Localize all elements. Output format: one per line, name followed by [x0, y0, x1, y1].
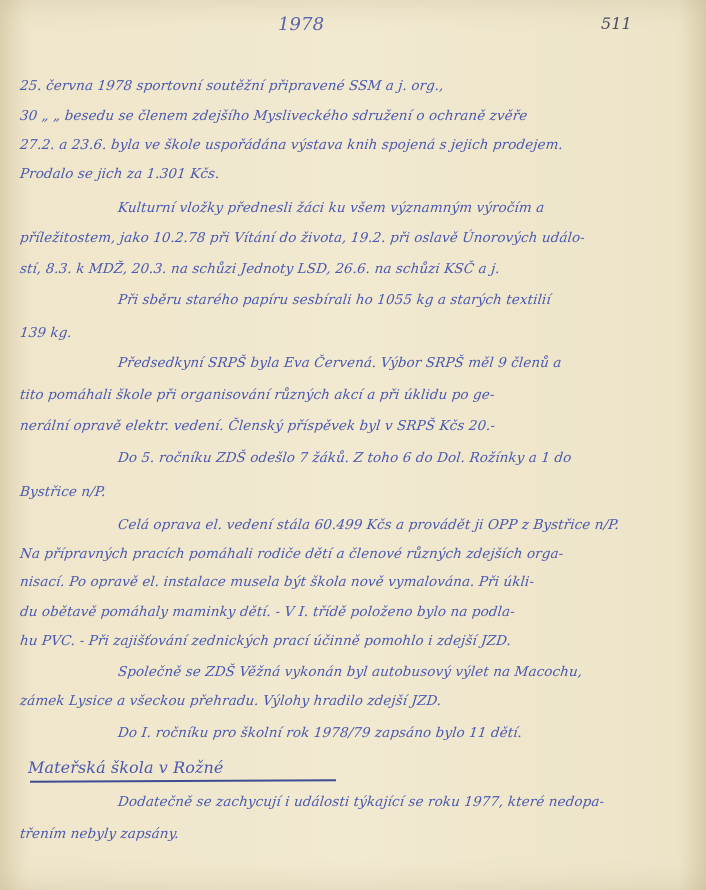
text-line: příležitostem, jako 10.2.78 při Vítání d… — [19, 230, 586, 246]
text-line: Do I. ročníku pro školní rok 1978/79 zap… — [117, 725, 523, 741]
chronicle-page: 1978 511 25. června 1978 sportovní soutě… — [0, 0, 706, 890]
text-line: tito pomáhali škole při organisování růz… — [19, 387, 495, 403]
text-line: hu PVC. - Při zajišťování zednických pra… — [19, 633, 512, 649]
text-line: Při sběru starého papíru sesbírali ho 10… — [117, 292, 551, 308]
text-line: Společně se ZDŠ Věžná vykonán byl autobu… — [117, 664, 583, 680]
text-line: Na přípravných pracích pomáhali rodiče d… — [19, 546, 564, 562]
text-line: nisací. Po opravě el. instalace musela b… — [19, 574, 535, 590]
text-line: 25. června 1978 sportovní soutěžní připr… — [19, 78, 444, 94]
text-line: 30 „ „ besedu se členem zdejšího Myslive… — [19, 108, 528, 124]
text-line: 27.2. a 23.6. byla ve škole uspořádána v… — [19, 137, 564, 153]
text-line: stí, 8.3. k MDŽ, 20.3. na schůzi Jednoty… — [19, 261, 501, 277]
text-line: zámek Lysice a všeckou přehradu. Výlohy … — [19, 693, 442, 709]
text-line: 139 kg. — [19, 325, 73, 341]
text-line: Dodatečně se zachycují i události týkají… — [117, 794, 605, 810]
heading-underline — [30, 779, 336, 783]
section-heading: Mateřská škola v Rožné — [28, 758, 224, 780]
text-line: Bystřice n/P. — [19, 484, 106, 500]
text-line: Prodalo se jich za 1.301 Kčs. — [19, 166, 220, 182]
text-line: Do 5. ročníku ZDŠ odešlo 7 žáků. Z toho … — [117, 450, 572, 466]
text-line: Celá oprava el. vedení stála 60.499 Kčs … — [117, 517, 620, 533]
text-line: třením nebyly zapsány. — [19, 826, 180, 842]
text-line: Kulturní vložky přednesli žáci ku všem v… — [117, 200, 545, 216]
year-header: 1978 — [278, 14, 324, 35]
text-line: nerální opravě elektr. vedení. Členský p… — [19, 418, 496, 434]
page-number: 511 — [601, 14, 632, 33]
text-line: du obětavě pomáhaly maminky dětí. - V I.… — [19, 604, 516, 620]
text-line: Předsedkyní SRPŠ byla Eva Červená. Výbor… — [117, 355, 562, 371]
